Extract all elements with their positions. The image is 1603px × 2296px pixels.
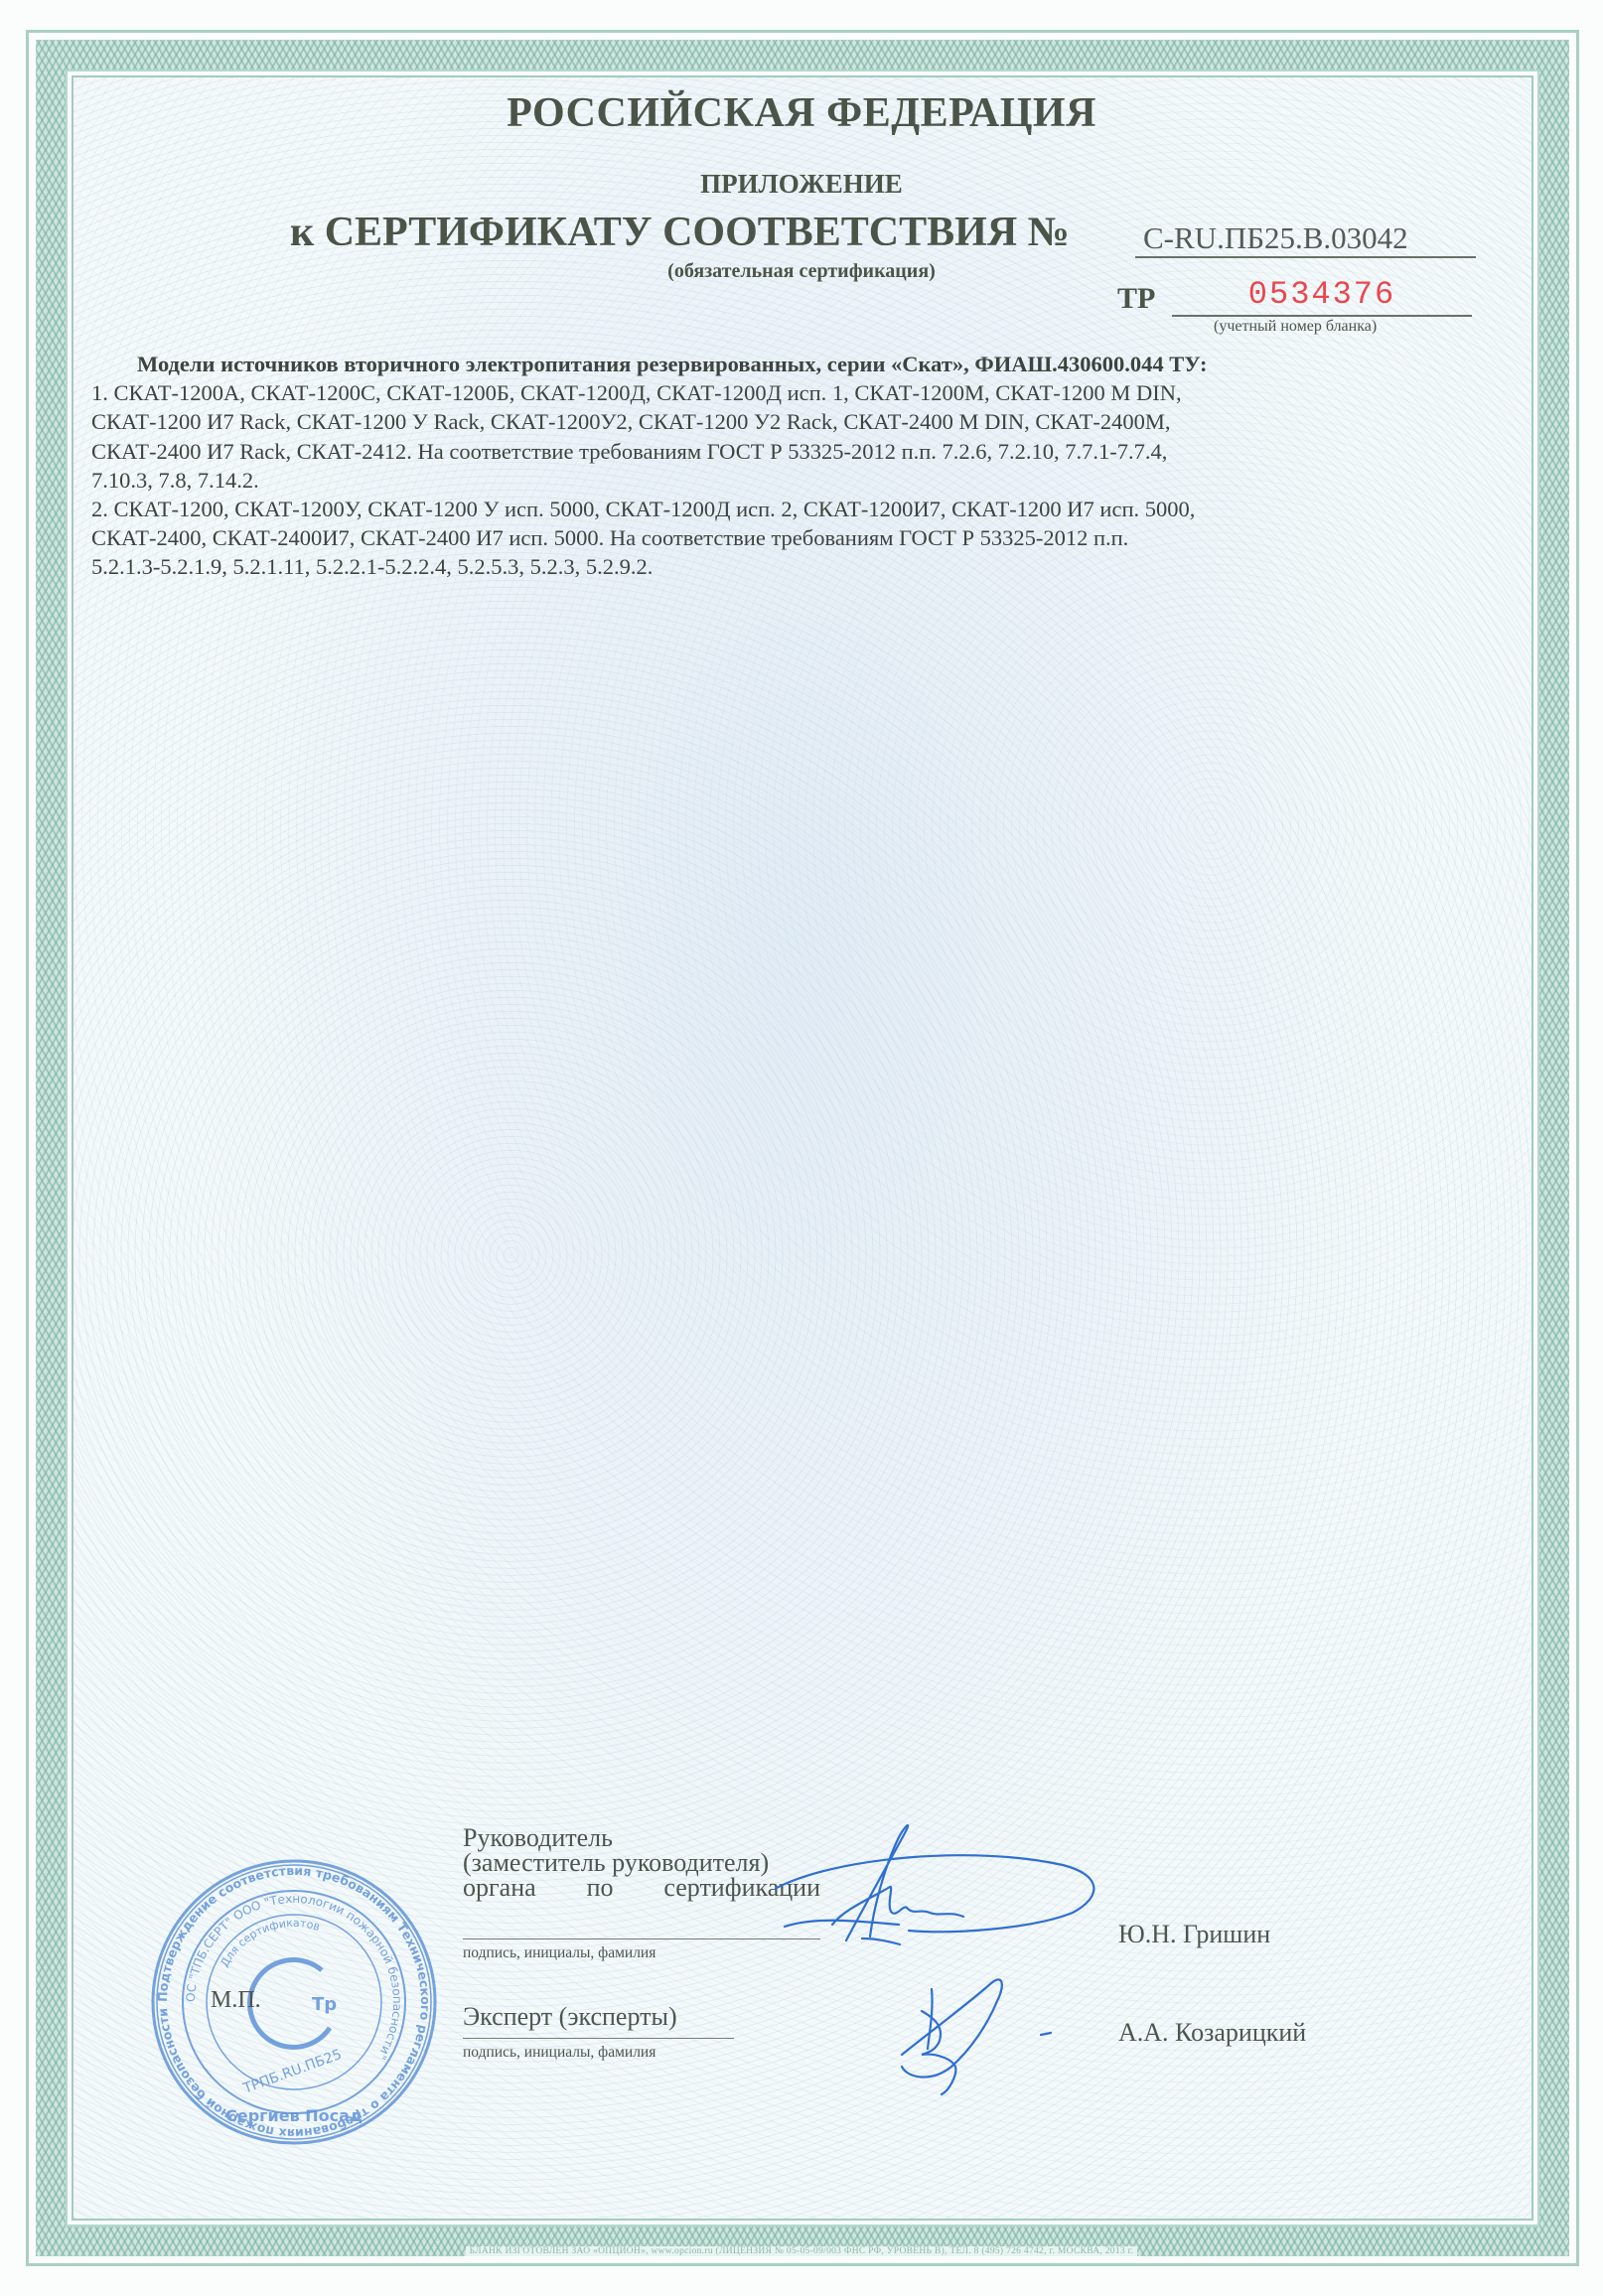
seal-placeholder-label: М.П. <box>211 1987 261 2014</box>
head-signature-caption: подпись, инициалы, фамилия <box>463 1944 656 1962</box>
head-title-line: Руководитель <box>463 1825 820 1850</box>
expert-handwritten-signature <box>892 1971 1071 2100</box>
country-title: РОССИЙСКАЯ ФЕДЕРАЦИЯ <box>0 89 1603 137</box>
appendix-title: ПРИЛОЖЕНИЕ <box>0 169 1603 200</box>
official-seal-stamp: Подтверждение соответствия требованиям Т… <box>145 1853 443 2151</box>
models-line: СКАТ-1200 И7 Rack, СКАТ-1200 У Rack, СКА… <box>91 407 1522 436</box>
head-of-body-title: Руководитель (заместитель руководителя) … <box>463 1825 820 1900</box>
head-handwritten-signature <box>775 1817 1132 1976</box>
head-title-line: (заместитель руководителя) <box>463 1850 820 1875</box>
head-signature-line <box>463 1938 820 1939</box>
models-description: Модели источников вторичного электропита… <box>91 350 1522 582</box>
models-line: СКАТ-2400, СКАТ-2400И7, СКАТ-2400 И7 исп… <box>91 523 1522 552</box>
form-series-label: ТР <box>1117 282 1155 316</box>
expert-signature-caption: подпись, инициалы, фамилия <box>463 2044 656 2062</box>
certificate-number: C-RU.ПБ25.В.03042 <box>1135 220 1476 258</box>
models-line: СКАТ-2400 И7 Rack, СКАТ-2412. На соответ… <box>91 437 1522 466</box>
models-line: 1. СКАТ-1200А, СКАТ-1200С, СКАТ-1200Б, С… <box>91 378 1522 407</box>
models-line: 2. СКАТ-1200, СКАТ-1200У, СКАТ-1200 У ис… <box>91 495 1522 523</box>
svg-text:Сергиев Посад: Сергиев Посад <box>225 2106 363 2125</box>
form-number: 0534376 <box>1172 275 1472 317</box>
expert-name: А.А. Козарицкий <box>1118 2018 1306 2048</box>
svg-text:Тр: Тр <box>312 1994 337 2015</box>
head-name: Ю.Н. Гришин <box>1118 1920 1270 1949</box>
models-heading: Модели источников вторичного электропита… <box>91 350 1522 378</box>
certificate-label: к СЕРТИФИКАТУ СООТВЕТСТВИЯ № <box>290 209 1070 256</box>
models-line: 5.2.1.3-5.2.1.9, 5.2.1.11, 5.2.2.1-5.2.2… <box>91 552 1522 581</box>
models-line: 7.10.3, 7.8, 7.14.2. <box>91 466 1522 495</box>
form-imprint: БЛАНК ИЗГОТОВЛЕН ЗАО «ОПЦИОН», www.opcio… <box>0 2246 1603 2256</box>
expert-title: Эксперт (эксперты) <box>463 2004 677 2029</box>
form-number-caption: (учетный номер бланка) <box>1214 318 1377 336</box>
head-title-line: органа по сертификации <box>463 1875 820 1900</box>
expert-signature-line <box>463 2038 734 2039</box>
certificate-appendix-page: РОССИЙСКАЯ ФЕДЕРАЦИЯ ПРИЛОЖЕНИЕ к СЕРТИФ… <box>0 0 1603 2296</box>
